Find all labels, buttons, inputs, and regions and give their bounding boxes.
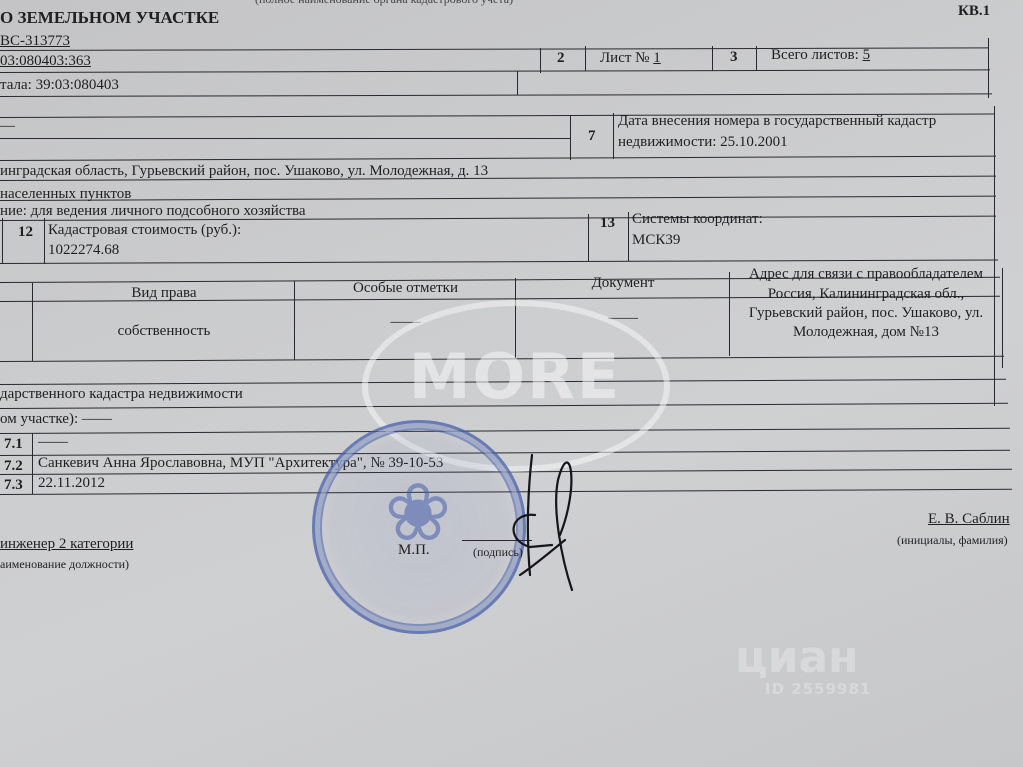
- header-contact-address: Адрес для связи с правообладателем: [731, 266, 1001, 283]
- field-12-number: 12: [18, 224, 33, 241]
- previous-numbers: —: [0, 118, 15, 135]
- cian-watermark-id: ID 2559981: [765, 680, 871, 698]
- stamp-label: М.П.: [398, 542, 430, 559]
- note-7-1-number: 7.1: [4, 436, 23, 453]
- land-category: населенных пунктов: [0, 186, 131, 203]
- position-title: инженер 2 категории: [0, 536, 133, 553]
- cadastral-quarter: тала: 39:03:080403: [0, 77, 119, 94]
- sheet-value: 1: [653, 50, 661, 66]
- note-7-3-number: 7.3: [4, 477, 23, 494]
- note-7-2-number: 7.2: [4, 458, 23, 475]
- notes-line2: ом участке): ——: [0, 411, 112, 428]
- position-caption: аименование должности): [0, 557, 129, 572]
- land-address: инградская область, Гурьевский район, по…: [0, 163, 488, 180]
- form-code: КВ.1: [958, 3, 990, 20]
- contact-address-line1: Россия, Калининградская обл.,: [731, 286, 1001, 303]
- contact-address-line3: Молодежная, дом №13: [731, 324, 1001, 341]
- header-document: Документ: [517, 275, 729, 292]
- authority-caption: (полное наименование органа кадастрового…: [255, 0, 513, 7]
- field-13-number: 13: [600, 215, 615, 232]
- more-watermark: MORE: [400, 340, 630, 413]
- header-right-type: Вид права: [34, 285, 294, 302]
- note-7-1-value: ——: [38, 434, 68, 451]
- total-label: Всего листов:: [771, 47, 859, 63]
- registration-number: ВС-313773: [0, 33, 70, 50]
- notes-line1: дарственного кадастра недвижимости: [0, 386, 243, 403]
- sheet-number: Лист № 1: [600, 50, 661, 67]
- cadastral-value-label: Кадастровая стоимость (руб.):: [48, 222, 241, 239]
- total-value: 5: [863, 47, 871, 63]
- sheet-label: Лист №: [600, 50, 649, 66]
- permitted-use: ние: для ведения личного подсобного хозя…: [0, 203, 306, 220]
- date-entered-line1: Дата внесения номера в государственный к…: [618, 113, 936, 130]
- contact-address-line2: Гурьевский район, пос. Ушаково, ул.: [731, 305, 1001, 322]
- header-special-marks: Особые отметки: [296, 280, 515, 297]
- total-sheets: Всего листов: 5: [771, 47, 870, 64]
- coord-system-value: МСК39: [632, 232, 680, 249]
- signer-name: Е. В. Саблин: [928, 511, 1010, 528]
- field-7-number: 7: [588, 128, 596, 145]
- field-3-number: 3: [730, 49, 738, 66]
- cian-watermark: циан: [735, 632, 859, 683]
- coord-system-label: Системы координат:: [632, 211, 763, 228]
- field-2-number: 2: [557, 50, 565, 67]
- document-title: О ЗЕМЕЛЬНОМ УЧАСТКЕ: [0, 8, 219, 28]
- right-type-value: собственность: [34, 323, 294, 340]
- signer-caption: (инициалы, фамилия): [897, 533, 1008, 548]
- cadastral-number: 03:080403:363: [0, 53, 91, 70]
- handwritten-signature-icon: [490, 440, 600, 600]
- cadastral-value: 1022274.68: [48, 242, 119, 259]
- note-7-3-value: 22.11.2012: [38, 475, 105, 492]
- date-entered-line2: недвижимости: 25.10.2001: [618, 134, 788, 151]
